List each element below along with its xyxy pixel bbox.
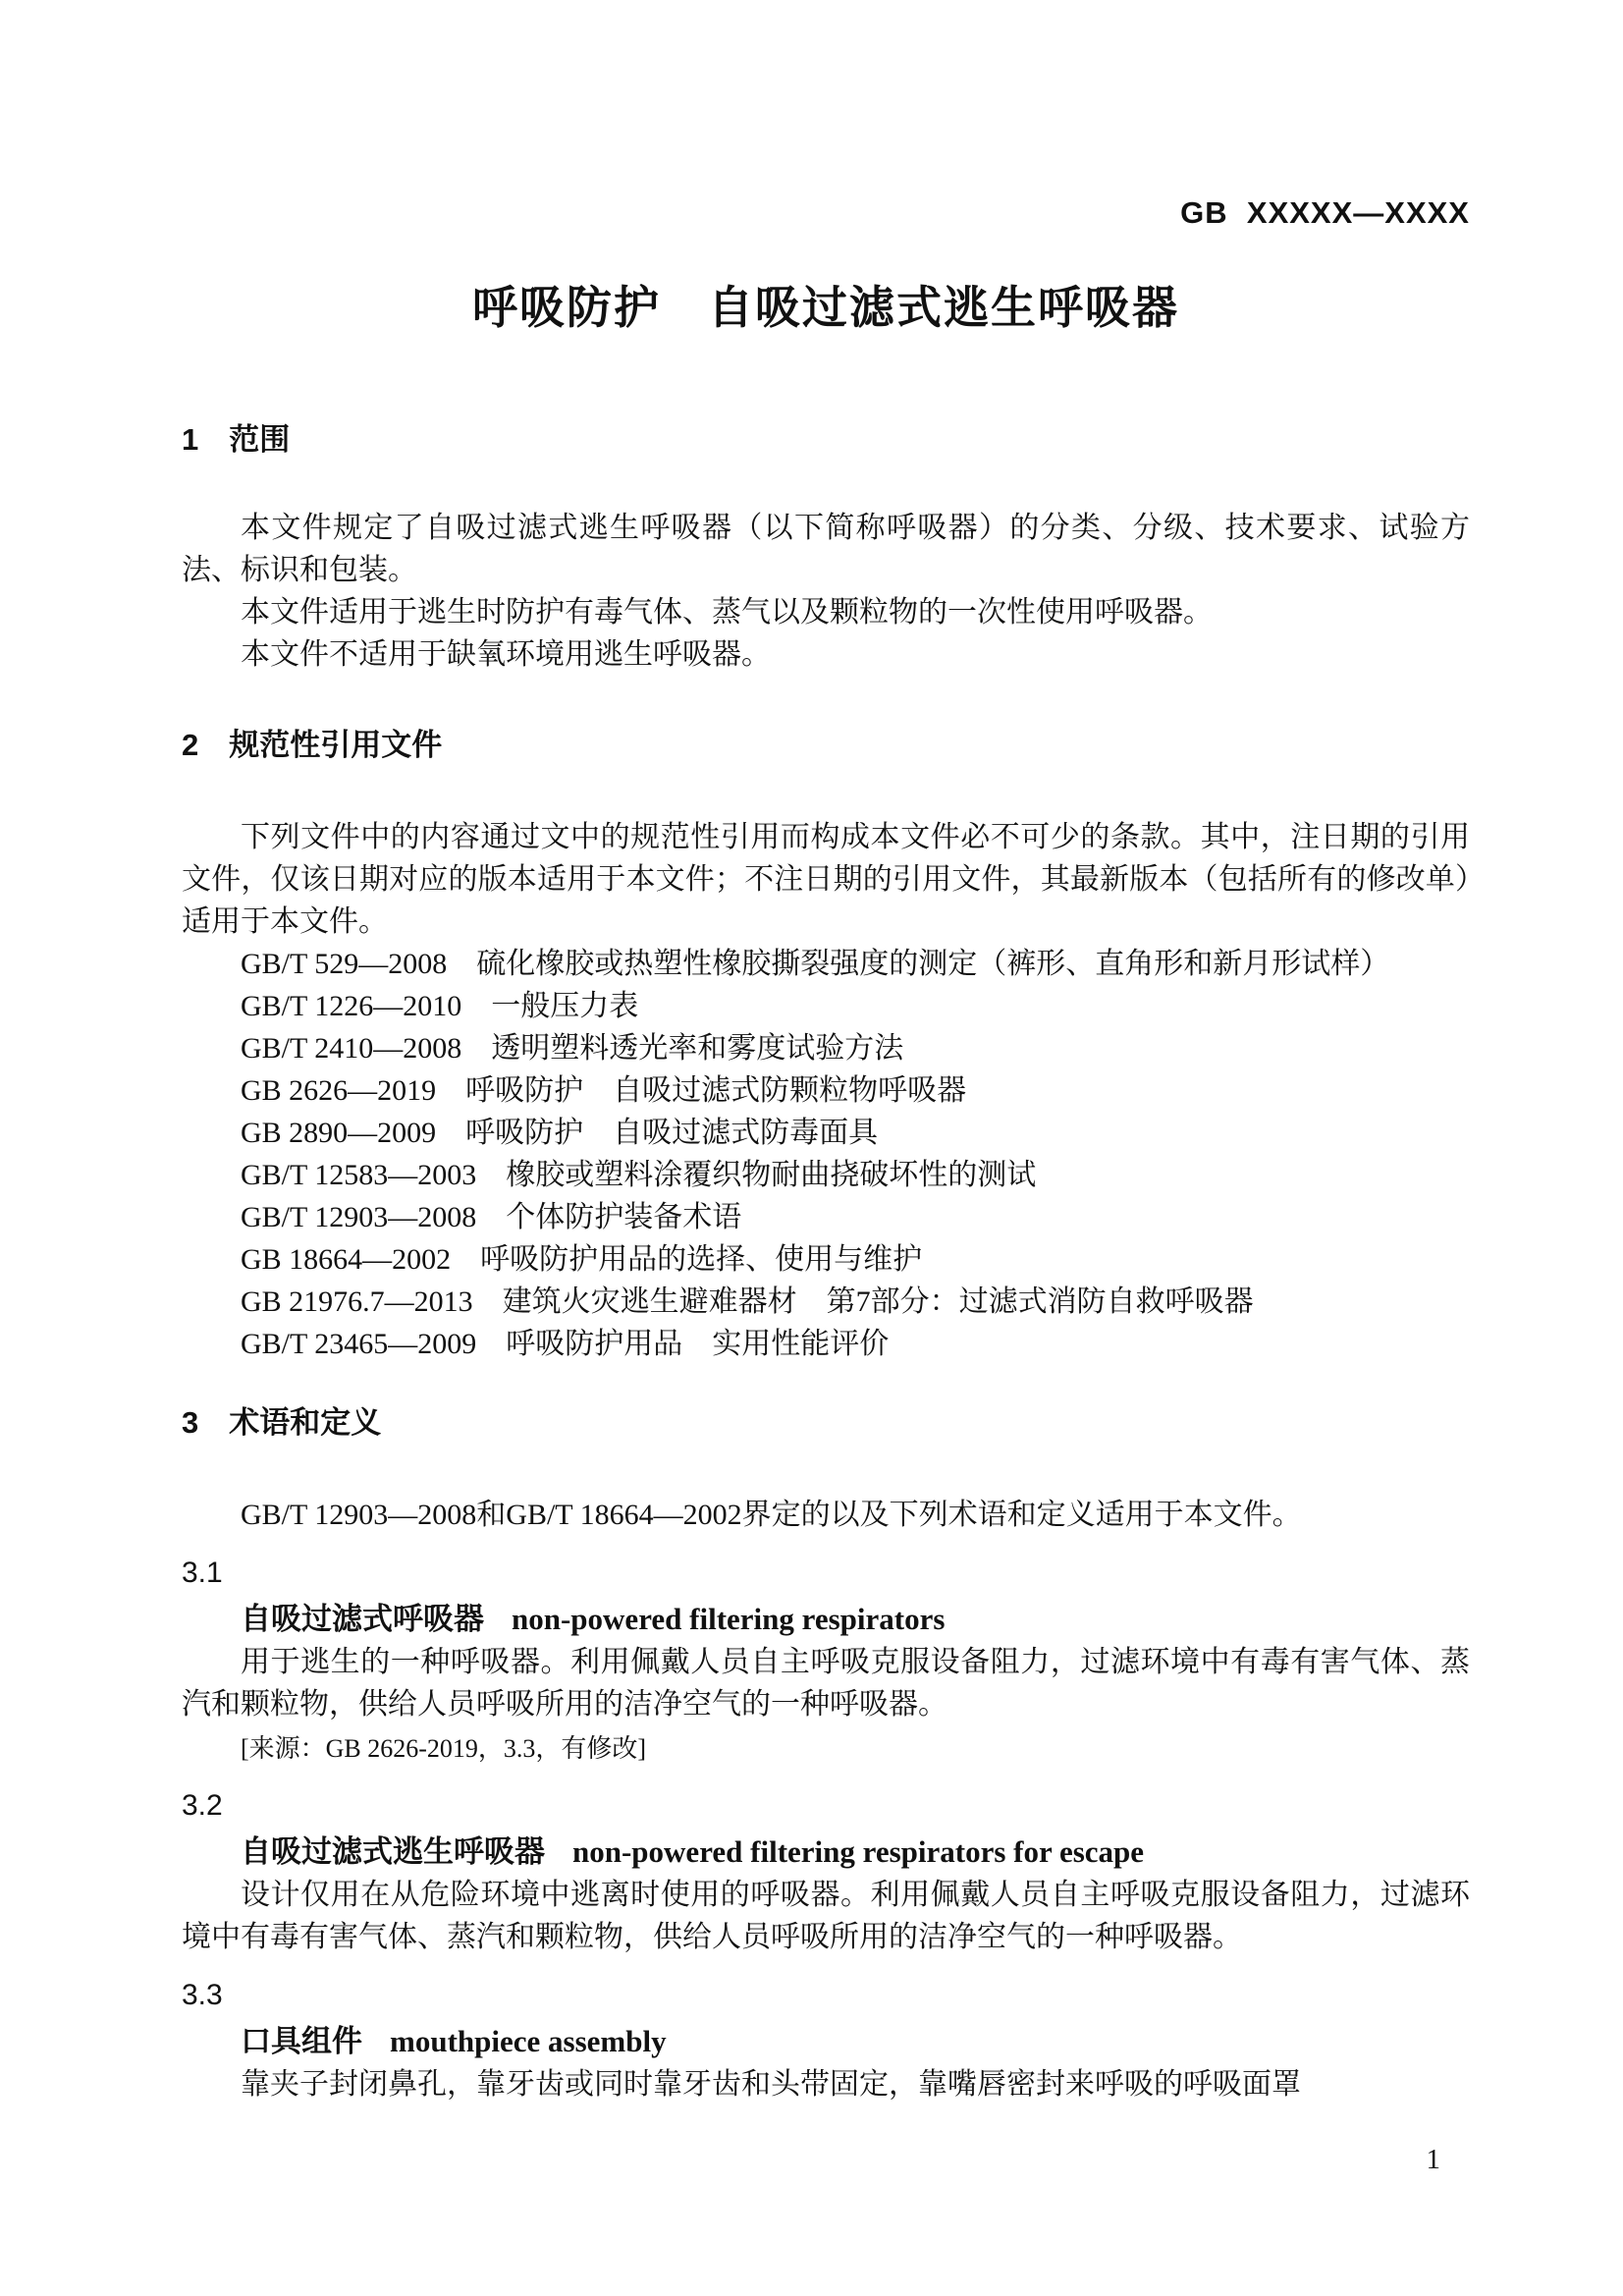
- term-en: mouthpiece assembly: [390, 2024, 667, 2058]
- term-en: non-powered filtering respirators for es…: [572, 1834, 1144, 1869]
- term-title: 自吸过滤式逃生呼吸器non-powered filtering respirat…: [182, 1831, 1470, 1874]
- term-source: [来源：GB 2626-2019，3.3，有修改]: [182, 1729, 1470, 1769]
- reference-item: GB/T 12583—2003 橡胶或塑料涂覆织物耐曲挠破坏性的测试: [182, 1154, 1470, 1196]
- reference-item: GB/T 529—2008 硫化橡胶或热塑性橡胶撕裂强度的测定（裤形、直角形和新…: [182, 943, 1470, 985]
- term-en: non-powered filtering respirators: [512, 1602, 945, 1636]
- standard-code: GB XXXXX—XXXX: [182, 194, 1470, 232]
- term-number: 3.2: [182, 1784, 1470, 1827]
- page-number: 1: [1427, 2143, 1441, 2176]
- reference-item: GB 2890—2009 呼吸防护 自吸过滤式防毒面具: [182, 1112, 1470, 1154]
- term-zh: 自吸过滤式呼吸器: [241, 1602, 484, 1636]
- reference-item: GB/T 1226—2010 一般压力表: [182, 985, 1470, 1027]
- term-number: 3.1: [182, 1552, 1470, 1594]
- term-title: 口具组件mouthpiece assembly: [182, 2020, 1470, 2063]
- term-definition: 靠夹子封闭鼻孔，靠牙齿或同时靠牙齿和头带固定，靠嘴唇密封来呼吸的呼吸面罩: [182, 2063, 1470, 2105]
- reference-item: GB/T 12903—2008 个体防护装备术语: [182, 1196, 1470, 1238]
- scope-paragraph: 本文件规定了自吸过滤式逃生呼吸器（以下简称呼吸器）的分类、分级、技术要求、试验方…: [182, 507, 1470, 591]
- reference-item: GB 2626—2019 呼吸防护 自吸过滤式防颗粒物呼吸器: [182, 1069, 1470, 1112]
- reference-item: GB/T 2410—2008 透明塑料透光率和雾度试验方法: [182, 1027, 1470, 1069]
- reference-item: GB 21976.7—2013 建筑火灾逃生避难器材 第7部分：过滤式消防自救呼…: [182, 1281, 1470, 1323]
- section-1-heading: 1 范围: [182, 421, 1470, 458]
- scope-paragraph: 本文件适用于逃生时防护有毒气体、蒸气以及颗粒物的一次性使用呼吸器。: [182, 591, 1470, 633]
- scope-paragraph: 本文件不适用于缺氧环境用逃生呼吸器。: [182, 633, 1470, 676]
- reference-item: GB/T 23465—2009 呼吸防护用品 实用性能评价: [182, 1323, 1470, 1365]
- document-title: 呼吸防护 自吸过滤式逃生呼吸器: [182, 281, 1470, 335]
- references-intro: 下列文件中的内容通过文中的规范性引用而构成本文件必不可少的条款。其中，注日期的引…: [182, 816, 1470, 943]
- term-number: 3.3: [182, 1974, 1470, 2016]
- term-zh: 口具组件: [241, 2024, 362, 2058]
- terms-intro: GB/T 12903—2008和GB/T 18664—2002界定的以及下列术语…: [182, 1494, 1470, 1536]
- term-title: 自吸过滤式呼吸器non-powered filtering respirator…: [182, 1598, 1470, 1641]
- document-page: GB XXXXX—XXXX 呼吸防护 自吸过滤式逃生呼吸器 1 范围 本文件规定…: [0, 0, 1623, 2296]
- section-3-heading: 3 术语和定义: [182, 1404, 1470, 1441]
- term-definition: 用于逃生的一种呼吸器。利用佩戴人员自主呼吸克服设备阻力，过滤环境中有毒有害气体、…: [182, 1641, 1470, 1725]
- term-zh: 自吸过滤式逃生呼吸器: [241, 1834, 545, 1869]
- section-2-heading: 2 规范性引用文件: [182, 727, 1470, 763]
- reference-item: GB 18664—2002 呼吸防护用品的选择、使用与维护: [182, 1238, 1470, 1281]
- page-content: GB XXXXX—XXXX 呼吸防护 自吸过滤式逃生呼吸器 1 范围 本文件规定…: [182, 0, 1470, 2105]
- term-definition: 设计仅用在从危险环境中逃离时使用的呼吸器。利用佩戴人员自主呼吸克服设备阻力，过滤…: [182, 1874, 1470, 1958]
